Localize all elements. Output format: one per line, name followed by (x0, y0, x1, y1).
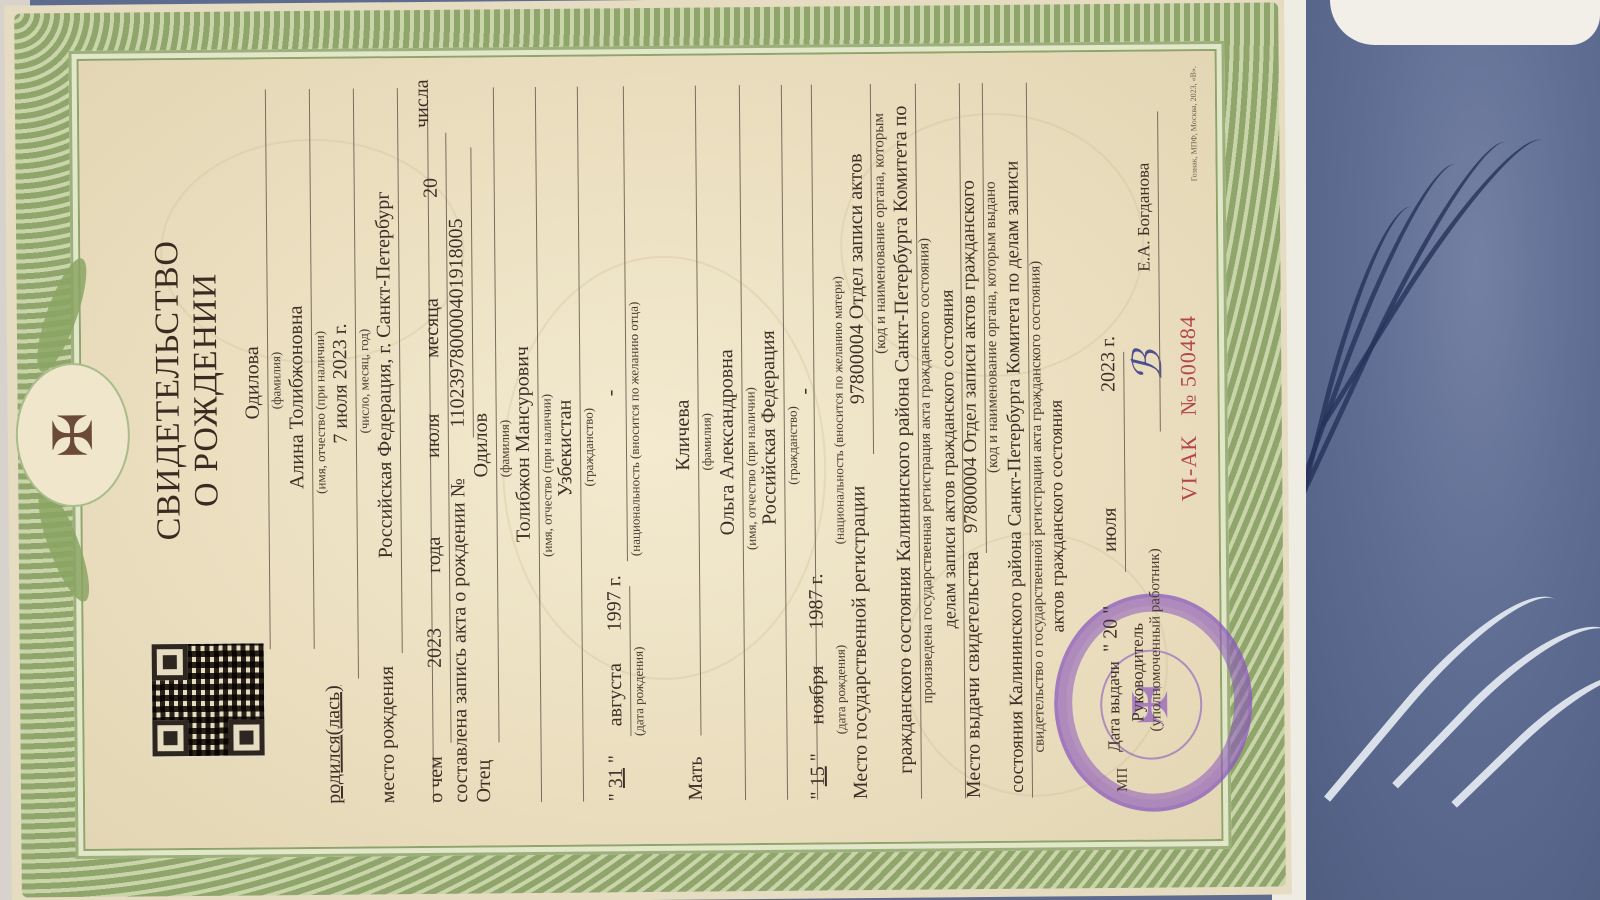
serial-series: VI-АК (1176, 435, 1202, 501)
father-dob-day-value: 31 (605, 768, 627, 788)
child-birth-date: 7 июля 2023 г. (329, 323, 353, 443)
blanket-background (1290, 0, 1600, 900)
caption: (код и наименование органа, которым (871, 113, 890, 354)
mother-dob-day-value: 15 (807, 766, 829, 786)
child-name: Алина Толибжоновна (285, 305, 310, 489)
mother-name: Ольга Александровна (715, 349, 740, 535)
caption: (фамилия) (268, 352, 285, 410)
record-number: 110239780000401918005 (445, 218, 470, 427)
caption: (имя, отчество (при наличии) (312, 331, 329, 494)
caption: (национальность (вносится по желанию отц… (626, 302, 644, 557)
record-month: июля (422, 413, 445, 458)
mother-dob-day: " 15 " (807, 753, 830, 800)
birthplace-label: место рождения (376, 666, 400, 804)
year-label: года (423, 537, 446, 573)
child-birthplace: Российская Федерация, г. Санкт-Петербург (372, 191, 398, 558)
title-line-1: СВИДЕТЕЛЬСТВО (148, 230, 189, 550)
caption: (гражданство) (785, 406, 802, 485)
issue-date-label: Дата выдачи (1104, 661, 1125, 752)
head-label: Руководитель (1128, 623, 1149, 722)
caption: произведена государственная регистрация … (916, 238, 937, 704)
printer-note: Гознак, МПФ, Москва, 2023, «В». (1189, 66, 1199, 181)
father-dob-year: 1997 г. (603, 575, 626, 631)
day-label: числа (411, 79, 434, 128)
document-title: СВИДЕТЕЛЬСТВО О РОЖДЕНИИ (148, 230, 227, 551)
qr-finder (152, 644, 188, 680)
towel (1330, 0, 1600, 45)
child-surname: Одилова (241, 346, 265, 419)
issue-place-label: Место выдачи свидетельства (961, 551, 986, 798)
registration-line-1: 97800004 Отдел записи актов (844, 153, 869, 404)
qr-finder (228, 719, 264, 755)
issue-place-line-3: актов гражданского состояния (1046, 400, 1069, 633)
mother-surname: Кличева (672, 400, 696, 471)
father-citizenship: Узбекистан (554, 400, 578, 497)
qr-code-icon (152, 643, 265, 756)
father-label: Отец (473, 760, 496, 803)
qr-finder (152, 720, 188, 756)
caption: (дата рождения) (833, 645, 850, 735)
serial-number-value: 500484 (1175, 315, 1201, 387)
caption: (фамилия) (497, 420, 514, 478)
certificate-text-block: СВИДЕТЕЛЬСТВО О РОЖДЕНИИ Одилова (фамили… (88, 31, 1215, 841)
underline (695, 86, 702, 736)
signatory-name: Е.А. Богданова (1134, 163, 1155, 272)
record-label: составлена запись акта о рождении № (447, 478, 473, 803)
signature: ℬ (1125, 350, 1171, 382)
father-surname: Одилов (470, 413, 494, 478)
record-day: 20 (420, 178, 443, 198)
mother-label: Мать (685, 756, 708, 800)
caption: (число, месяц, год) (356, 329, 373, 434)
issue-year: 2023 г. (1097, 336, 1120, 392)
caption: свидетельство о государственной регистра… (1027, 261, 1048, 753)
caption: (фамилия) (699, 413, 716, 471)
issue-place-line-2: состояния Калининского района Санкт-Пете… (1001, 161, 1029, 793)
registration-label: Место государственной регистрации (847, 486, 873, 800)
caption: (гражданство) (581, 408, 598, 487)
registration-line-2: гражданского состояния Калининского райо… (889, 106, 918, 774)
father-nationality: - (599, 390, 622, 397)
head-caption: (уполномоченный работник) (1147, 548, 1166, 731)
mp-label: МП (1115, 768, 1132, 792)
caption: (код и наименование органа, которым выда… (983, 181, 1003, 473)
issue-month: июля (1099, 508, 1122, 553)
title-line-2: О РОЖДЕНИИ (186, 230, 227, 550)
record-year: 2023 (424, 628, 447, 668)
underline (397, 88, 403, 653)
issue-day-value: 20 (1099, 619, 1121, 639)
mother-citizenship: Российская Федерация (757, 330, 782, 525)
mother-dob-month: ноября (806, 666, 830, 725)
serial-number: VI-АК № 500484 (1175, 315, 1203, 501)
month-label: месяца (421, 298, 445, 358)
serial-number-sign: № (1176, 394, 1201, 416)
issue-day: " 20 " (1099, 606, 1122, 653)
underline (493, 87, 500, 742)
mother-dob-year: 1987 г. (805, 573, 828, 629)
underline (1123, 352, 1126, 572)
registration-line-3: делам записи актов гражданского состояни… (937, 290, 961, 629)
father-name: Толибжон Мансурович (511, 346, 536, 542)
underline (1157, 112, 1161, 432)
born-label: родился(лась) (322, 685, 346, 804)
about-label: о чем (425, 756, 448, 803)
father-dob-month: августа (604, 663, 628, 726)
underline (470, 148, 474, 438)
issue-place-line-1: 97800004 Отдел записи актов гражданского (958, 180, 983, 533)
caption: (дата рождения) (631, 647, 648, 737)
birth-certificate: ✠ СВИДЕТЕЛЬСТВО О РОЖДЕНИИ Одилова (фами… (4, 0, 1292, 900)
father-dob-day: " 31 " (605, 755, 628, 802)
